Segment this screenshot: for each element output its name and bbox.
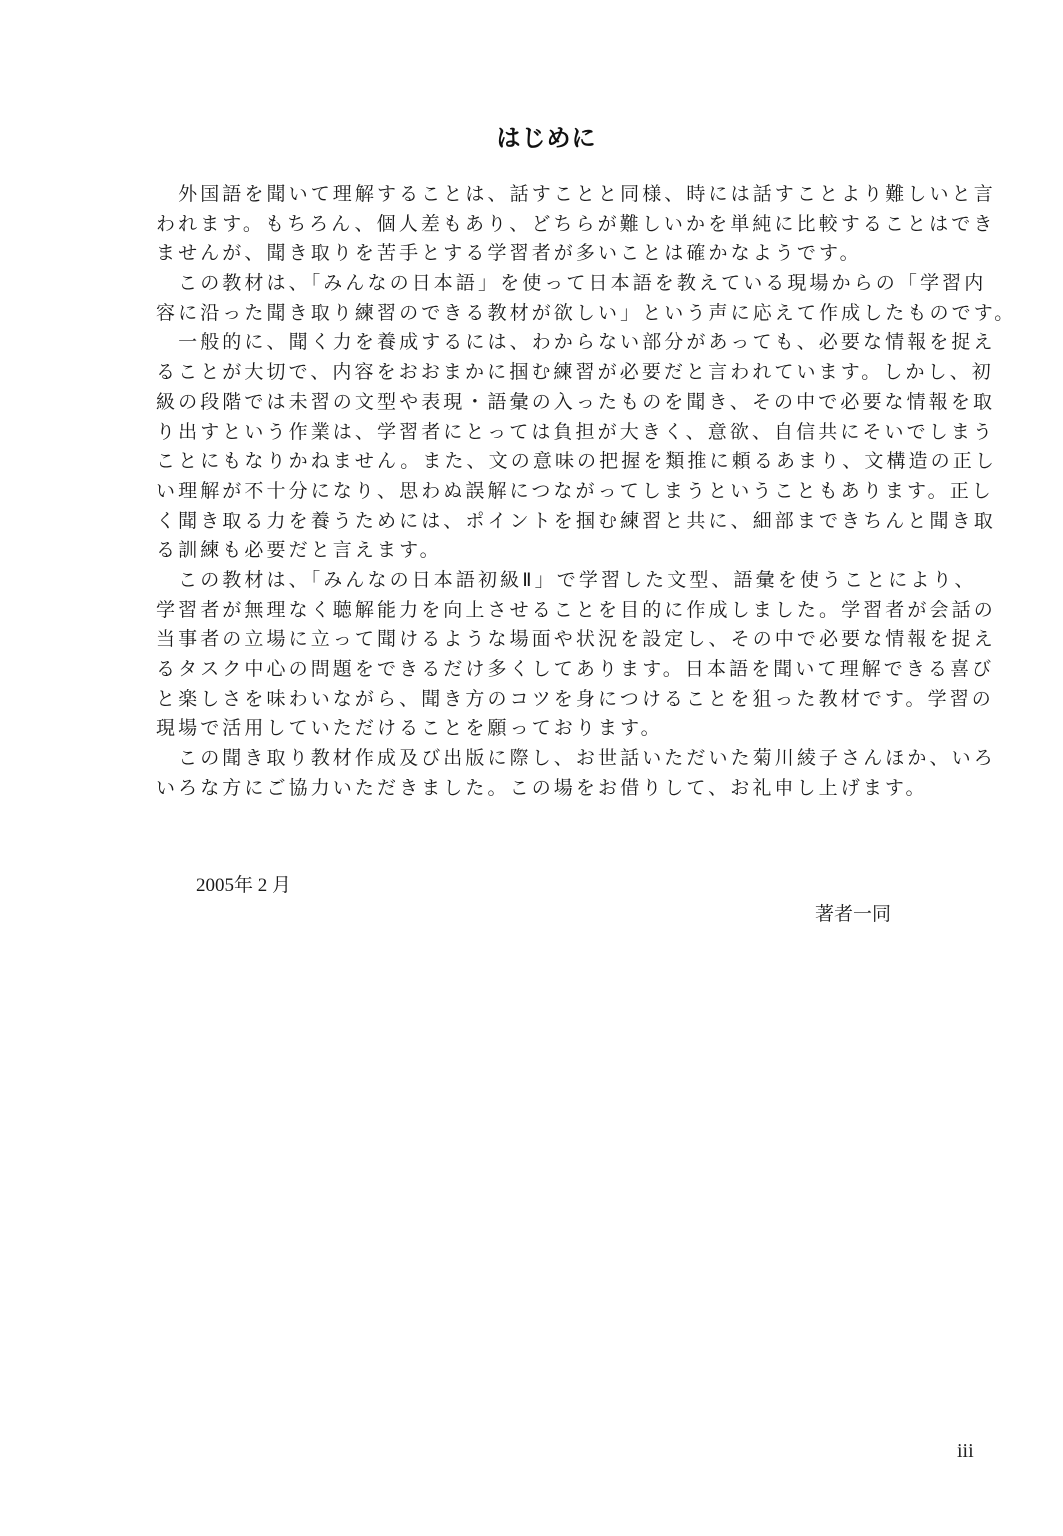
date-line: 2005年 2 月 bbox=[196, 870, 291, 897]
text-line: く聞き取る力を養うためには、ポイントを掴む練習と共に、細部まできちんと聞き取 bbox=[156, 507, 946, 537]
document-page: はじめに 外国語を聞いて理解することは、話すことと同様、時には話すことより難しい… bbox=[0, 0, 1063, 1536]
text-line: ませんが、聞き取りを苦手とする学習者が多いことは確かなようです。 bbox=[156, 239, 946, 269]
page-number: iii bbox=[957, 1440, 974, 1463]
text-line: われます。もちろん、個人差もあり、どちらが難しいかを単純に比較することはでき bbox=[156, 210, 946, 240]
text-line: る訓練も必要だと言えます。 bbox=[156, 536, 946, 566]
text-line: いろな方にご協力いただきました。この場をお借りして、お礼申し上げます。 bbox=[156, 774, 946, 804]
text-line: この教材は、「みんなの日本語」を使って日本語を教えている現場からの「学習内 bbox=[156, 269, 946, 299]
text-line: 当事者の立場に立って聞けるような場面や状況を設定し、その中で必要な情報を捉え bbox=[156, 625, 946, 655]
text-line: この聞き取り教材作成及び出版に際し、お世話いただいた菊川綾子さんほか、いろ bbox=[156, 744, 946, 774]
text-line: と楽しさを味わいながら、聞き方のコツを身につけることを狙った教材です。学習の bbox=[156, 685, 946, 715]
text-line: い理解が不十分になり、思わぬ誤解につながってしまうということもあります。正し bbox=[156, 477, 946, 507]
text-line: るタスク中心の問題をできるだけ多くしてあります。日本語を聞いて理解できる喜び bbox=[156, 655, 946, 685]
text-line: 外国語を聞いて理解することは、話すことと同様、時には話すことより難しいと言 bbox=[156, 180, 946, 210]
text-line: 級の段階では未習の文型や表現・語彙の入ったものを聞き、その中で必要な情報を取 bbox=[156, 388, 946, 418]
page-title: はじめに bbox=[0, 118, 1063, 153]
text-line: 一般的に、聞く力を養成するには、わからない部分があっても、必要な情報を捉え bbox=[156, 328, 946, 358]
preface-body: 外国語を聞いて理解することは、話すことと同様、時には話すことより難しいと言 われ… bbox=[156, 180, 946, 803]
text-line: 現場で活用していただけることを願っております。 bbox=[156, 714, 946, 744]
author-signature: 著者一同 bbox=[815, 899, 891, 926]
text-line: ことにもなりかねません。また、文の意味の把握を類推に頼るあまり、文構造の正し bbox=[156, 447, 946, 477]
text-line: この教材は、「みんなの日本語初級Ⅱ」で学習した文型、語彙を使うことにより、 bbox=[156, 566, 946, 596]
text-line: り出すという作業は、学習者にとっては負担が大きく、意欲、自信共にそいでしまう bbox=[156, 418, 946, 448]
text-line: 学習者が無理なく聴解能力を向上させることを目的に作成しました。学習者が会話の bbox=[156, 596, 946, 626]
text-line: ることが大切で、内容をおおまかに掴む練習が必要だと言われています。しかし、初 bbox=[156, 358, 946, 388]
text-line: 容に沿った聞き取り練習のできる教材が欲しい」という声に応えて作成したものです。 bbox=[156, 299, 946, 329]
